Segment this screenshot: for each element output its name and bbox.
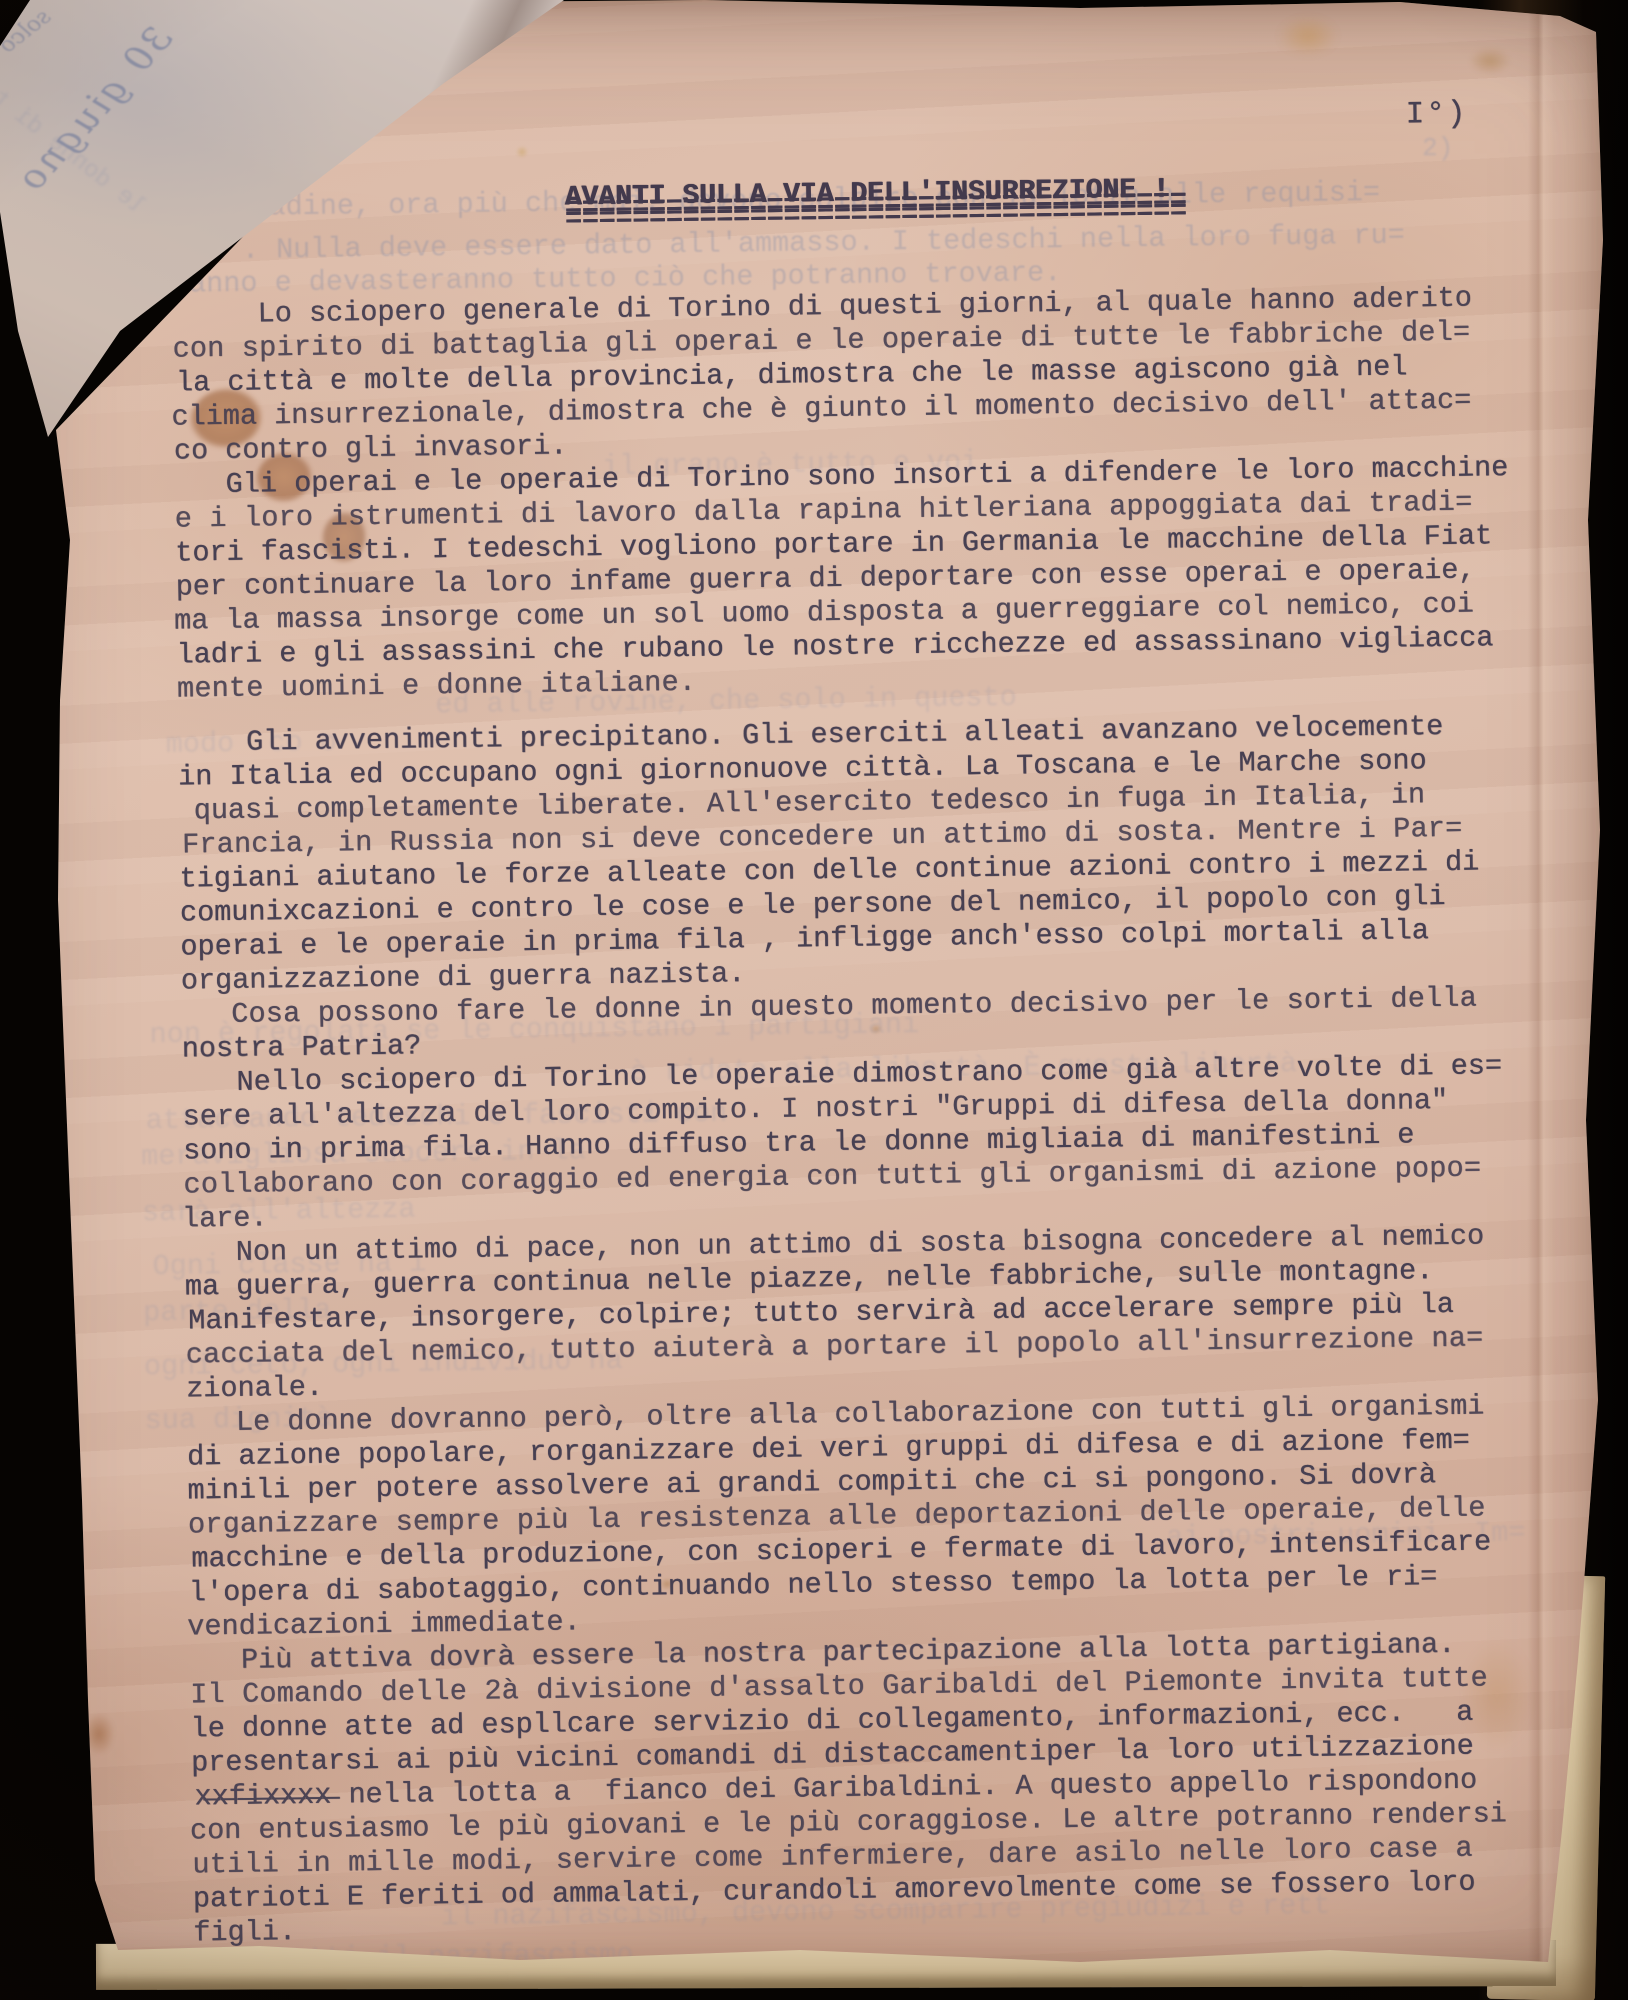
title-underline-row: ===================================== [565, 207, 1187, 225]
scanned-document: Le contadine, ora più che mai, devono co… [0, 0, 1628, 2000]
typewritten-text: Lo sciopero generale di Torino di questi… [172, 280, 1594, 1950]
document-page: Le contadine, ora più che mai, devono co… [0, 0, 1628, 2000]
page-number-pencil-ghost: 2) [1422, 133, 1454, 163]
page-content: Le contadine, ora più che mai, devono co… [0, 0, 1628, 2000]
page-number: I°) [1405, 97, 1467, 133]
stain [14, 1446, 34, 1476]
